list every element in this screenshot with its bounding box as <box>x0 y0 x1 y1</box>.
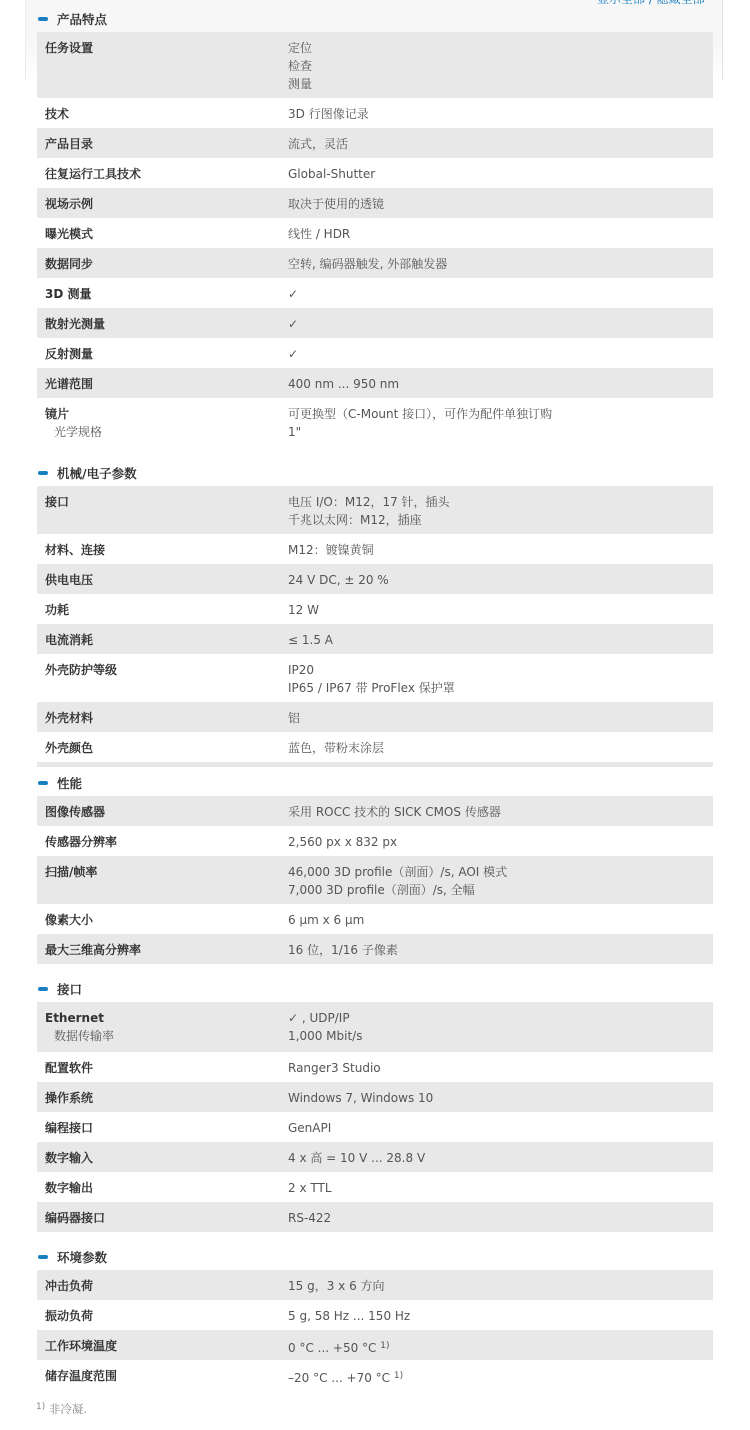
table-row: 冲击负荷 15 g，3 x 6 方向 <box>37 1270 713 1300</box>
checkmark-icon: ✓ <box>288 345 713 368</box>
section-header[interactable]: 产品特点 <box>37 6 713 32</box>
label-sub: 数据传输率 <box>45 1027 288 1045</box>
row-label: 功耗 <box>37 601 288 624</box>
row-value: 2,560 px x 832 px <box>288 833 713 856</box>
row-label: 工作环境温度 <box>37 1337 288 1360</box>
table-row: 外壳颜色 蓝色，带粉末涂层 <box>37 732 713 762</box>
checkmark-icon: ✓ <box>288 285 713 308</box>
row-label: 冲击负荷 <box>37 1277 288 1300</box>
label-main: 镜片 <box>45 407 69 421</box>
spec-table: 图像传感器 采用 ROCC 技术的 SICK CMOS 传感器 传感器分辨率 2… <box>37 796 713 964</box>
row-value: IP20 IP65 / IP67 带 ProFlex 保护罩 <box>288 661 713 702</box>
row-value: M12：镀镍黄铜 <box>288 541 713 564</box>
section-interfaces: 接口 Ethernet 数据传输率 ✓ , UDP/IP 1,000 Mbit/… <box>37 976 713 1232</box>
row-value: Windows 7, Windows 10 <box>288 1089 713 1112</box>
value-line: 测量 <box>288 75 713 93</box>
table-row: 供电电压 24 V DC, ± 20 % <box>37 564 713 594</box>
footnote: 1) 非冷凝. <box>36 1401 713 1417</box>
value-line: ✓ , UDP/IP <box>288 1009 713 1027</box>
table-row: 产品目录 流式，灵活 <box>37 128 713 158</box>
table-row: 数字输入 4 x 高 = 10 V ... 28.8 V <box>37 1142 713 1172</box>
row-label: 扫描/帧率 <box>37 863 288 904</box>
value-line: 7,000 3D profile（剖面）/s, 全幅 <box>288 881 713 899</box>
row-label: 数字输出 <box>37 1179 288 1202</box>
row-label: 技术 <box>37 105 288 128</box>
row-value: 电压 I/O：M12，17 针，插头 千兆以太网：M12，插座 <box>288 493 713 534</box>
row-label: 材料、连接 <box>37 541 288 564</box>
row-value: 5 g, 58 Hz ... 150 Hz <box>288 1307 713 1330</box>
table-row: 散射光测量 ✓ <box>37 308 713 338</box>
row-value: 取决于使用的透镜 <box>288 195 713 218</box>
row-value: 线性 / HDR <box>288 225 713 248</box>
row-label: 编程接口 <box>37 1119 288 1142</box>
row-label: 编码器接口 <box>37 1209 288 1232</box>
row-label: 配置软件 <box>37 1059 288 1082</box>
checkmark-icon: ✓ <box>288 315 713 338</box>
row-label: 传感器分辨率 <box>37 833 288 856</box>
table-row: 传感器分辨率 2,560 px x 832 px <box>37 826 713 856</box>
row-label: 3D 测量 <box>37 285 288 308</box>
table-row: 3D 测量 ✓ <box>37 278 713 308</box>
row-label: 供电电压 <box>37 571 288 594</box>
value-line: 电压 I/O：M12，17 针，插头 <box>288 493 713 511</box>
row-value: 3D 行图像记录 <box>288 105 713 128</box>
table-row: 外壳防护等级 IP20 IP65 / IP67 带 ProFlex 保护罩 <box>37 654 713 702</box>
row-label: 数字输入 <box>37 1149 288 1172</box>
collapse-minus-icon[interactable] <box>38 1255 48 1259</box>
table-row: 最大三维高分辨率 16 位，1/16 子像素 <box>37 934 713 964</box>
row-value: Ranger3 Studio <box>288 1059 713 1082</box>
footnote-marker: 1) <box>36 1402 45 1412</box>
table-row: 编码器接口 RS-422 <box>37 1202 713 1232</box>
section-header[interactable]: 环境参数 <box>37 1244 713 1270</box>
table-row: 材料、连接 M12：镀镍黄铜 <box>37 534 713 564</box>
row-label: 外壳防护等级 <box>37 661 288 702</box>
value-line: 定位 <box>288 39 713 57</box>
row-label: 最大三维高分辨率 <box>37 941 288 964</box>
value-line: 1,000 Mbit/s <box>288 1027 713 1045</box>
table-row: 功耗 12 W <box>37 594 713 624</box>
table-row: 电流消耗 ≤ 1.5 A <box>37 624 713 654</box>
section-performance: 性能 图像传感器 采用 ROCC 技术的 SICK CMOS 传感器 传感器分辨… <box>37 770 713 964</box>
value-line: IP65 / IP67 带 ProFlex 保护罩 <box>288 679 713 697</box>
table-row: 视场示例 取决于使用的透镜 <box>37 188 713 218</box>
table-row: 振动负荷 5 g, 58 Hz ... 150 Hz <box>37 1300 713 1330</box>
label-sub: 光学规格 <box>45 423 288 441</box>
table-row: 技术 3D 行图像记录 <box>37 98 713 128</box>
section-product-features: 产品特点 任务设置 定位 检查 测量 技术 3D 行图像记录 产品目录 流式，灵… <box>37 6 713 446</box>
row-label: 视场示例 <box>37 195 288 218</box>
spec-table: 任务设置 定位 检查 测量 技术 3D 行图像记录 产品目录 流式，灵活 往复运… <box>37 32 713 446</box>
row-label: 操作系统 <box>37 1089 288 1112</box>
row-value: –20 °C ... +70 °C 1) <box>288 1367 713 1390</box>
table-row: 像素大小 6 µm x 6 µm <box>37 904 713 934</box>
table-row: 配置软件 Ranger3 Studio <box>37 1052 713 1082</box>
table-row: 光谱范围 400 nm ... 950 nm <box>37 368 713 398</box>
table-row: 工作环境温度 0 °C ... +50 °C 1) <box>37 1330 713 1360</box>
section-title: 接口 <box>57 980 82 998</box>
row-value: 15 g，3 x 6 方向 <box>288 1277 713 1300</box>
row-label: 任务设置 <box>37 39 288 98</box>
value-line: 46,000 3D profile（剖面）/s, AOI 模式 <box>288 863 713 881</box>
row-label: Ethernet 数据传输率 <box>37 1009 288 1052</box>
row-label: 外壳颜色 <box>37 739 288 762</box>
table-row: 数字输出 2 x TTL <box>37 1172 713 1202</box>
row-label: 振动负荷 <box>37 1307 288 1330</box>
section-header[interactable]: 机械/电子参数 <box>37 460 713 486</box>
table-row: 任务设置 定位 检查 测量 <box>37 32 713 98</box>
row-value: GenAPI <box>288 1119 713 1142</box>
table-row: Ethernet 数据传输率 ✓ , UDP/IP 1,000 Mbit/s <box>37 1002 713 1052</box>
value-text: –20 °C ... +70 °C <box>288 1371 390 1385</box>
value-line: IP20 <box>288 661 713 679</box>
collapse-minus-icon[interactable] <box>38 471 48 475</box>
table-row: 储存温度范围 –20 °C ... +70 °C 1) <box>37 1360 713 1390</box>
row-value: 400 nm ... 950 nm <box>288 375 713 398</box>
section-mechanical-electrical: 机械/电子参数 接口 电压 I/O：M12，17 针，插头 千兆以太网：M12，… <box>37 460 713 767</box>
section-header[interactable]: 接口 <box>37 976 713 1002</box>
collapse-minus-icon[interactable] <box>38 17 48 21</box>
row-value: 12 W <box>288 601 713 624</box>
row-label: 光谱范围 <box>37 375 288 398</box>
row-label: 曝光模式 <box>37 225 288 248</box>
row-value: 6 µm x 6 µm <box>288 911 713 934</box>
toggle-all-link[interactable]: 显示全部 / 隐藏全部 <box>597 0 705 5</box>
row-value: 铝 <box>288 709 713 732</box>
footnote-text: 非冷凝. <box>49 1402 87 1416</box>
row-value: 流式，灵活 <box>288 135 713 158</box>
row-value: 可更换型（C-Mount 接口），可作为配件单独订购 1" <box>288 405 713 446</box>
row-label: 外壳材料 <box>37 709 288 732</box>
section-title: 环境参数 <box>57 1248 107 1266</box>
collapse-minus-icon[interactable] <box>38 987 48 991</box>
table-row: 操作系统 Windows 7, Windows 10 <box>37 1082 713 1112</box>
row-value: Global-Shutter <box>288 165 713 188</box>
row-value: RS-422 <box>288 1209 713 1232</box>
table-end-bar <box>37 762 713 767</box>
section-title: 机械/电子参数 <box>57 464 137 482</box>
row-label: 储存温度范围 <box>37 1367 288 1390</box>
row-value: 空转, 编码器触发, 外部触发器 <box>288 255 713 278</box>
table-row: 扫描/帧率 46,000 3D profile（剖面）/s, AOI 模式 7,… <box>37 856 713 904</box>
table-row: 反射测量 ✓ <box>37 338 713 368</box>
value-text: 0 °C ... +50 °C <box>288 1341 376 1355</box>
row-value: 2 x TTL <box>288 1179 713 1202</box>
spec-table: Ethernet 数据传输率 ✓ , UDP/IP 1,000 Mbit/s 配… <box>37 1002 713 1232</box>
row-value: 蓝色，带粉末涂层 <box>288 739 713 762</box>
footnote-ref: 1) <box>394 1371 403 1381</box>
section-title: 产品特点 <box>57 10 107 28</box>
row-label: 镜片 光学规格 <box>37 405 288 446</box>
footnote-ref: 1) <box>380 1341 389 1351</box>
table-row: 图像传感器 采用 ROCC 技术的 SICK CMOS 传感器 <box>37 796 713 826</box>
section-ambient-data: 环境参数 冲击负荷 15 g，3 x 6 方向 振动负荷 5 g, 58 Hz … <box>37 1244 713 1417</box>
row-label: 产品目录 <box>37 135 288 158</box>
row-label: 电流消耗 <box>37 631 288 654</box>
value-line: 1" <box>288 423 713 441</box>
table-row: 编程接口 GenAPI <box>37 1112 713 1142</box>
row-value: 16 位，1/16 子像素 <box>288 941 713 964</box>
value-line: 检查 <box>288 57 713 75</box>
row-value: 46,000 3D profile（剖面）/s, AOI 模式 7,000 3D… <box>288 863 713 904</box>
table-row: 镜片 光学规格 可更换型（C-Mount 接口），可作为配件单独订购 1" <box>37 398 713 446</box>
row-label: 反射测量 <box>37 345 288 368</box>
table-row: 接口 电压 I/O：M12，17 针，插头 千兆以太网：M12，插座 <box>37 486 713 534</box>
row-label: 接口 <box>37 493 288 534</box>
row-label: 图像传感器 <box>37 803 288 826</box>
row-value: ✓ , UDP/IP 1,000 Mbit/s <box>288 1009 713 1052</box>
row-value: 采用 ROCC 技术的 SICK CMOS 传感器 <box>288 803 713 826</box>
row-value: 4 x 高 = 10 V ... 28.8 V <box>288 1149 713 1172</box>
table-row: 曝光模式 线性 / HDR <box>37 218 713 248</box>
row-value: 24 V DC, ± 20 % <box>288 571 713 594</box>
section-header[interactable]: 性能 <box>37 770 713 796</box>
spec-table: 冲击负荷 15 g，3 x 6 方向 振动负荷 5 g, 58 Hz ... 1… <box>37 1270 713 1390</box>
row-value: ≤ 1.5 A <box>288 631 713 654</box>
row-value: 定位 检查 测量 <box>288 39 713 98</box>
row-label: 散射光测量 <box>37 315 288 338</box>
table-row: 往复运行工具技术 Global-Shutter <box>37 158 713 188</box>
collapse-minus-icon[interactable] <box>38 781 48 785</box>
row-label: 往复运行工具技术 <box>37 165 288 188</box>
value-line: 千兆以太网：M12，插座 <box>288 511 713 529</box>
table-row: 外壳材料 铝 <box>37 702 713 732</box>
section-title: 性能 <box>57 774 82 792</box>
spec-table: 接口 电压 I/O：M12，17 针，插头 千兆以太网：M12，插座 材料、连接… <box>37 486 713 767</box>
table-row: 数据同步 空转, 编码器触发, 外部触发器 <box>37 248 713 278</box>
row-value: 0 °C ... +50 °C 1) <box>288 1337 713 1360</box>
row-label: 数据同步 <box>37 255 288 278</box>
row-label: 像素大小 <box>37 911 288 934</box>
value-line: 可更换型（C-Mount 接口），可作为配件单独订购 <box>288 405 713 423</box>
label-main: Ethernet <box>45 1011 104 1025</box>
